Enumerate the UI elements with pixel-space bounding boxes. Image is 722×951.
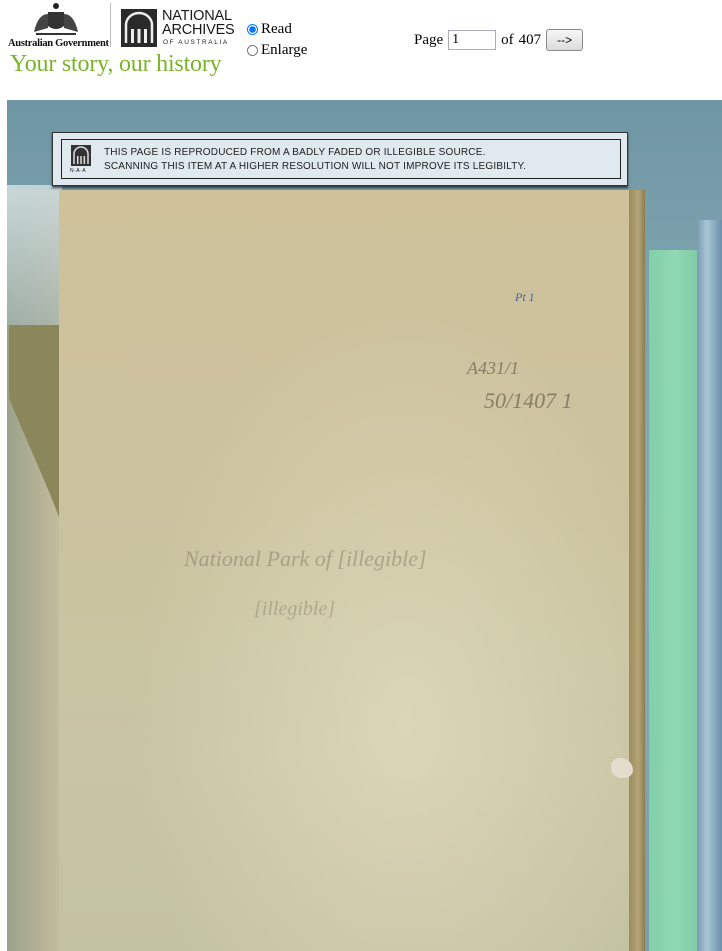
naa-subtitle: OF AUSTRALIA [163,39,229,46]
enlarge-label: Enlarge [261,42,307,59]
folder-cover: Pt 1 A431/1 50/1407 1 National Park of [… [59,190,637,951]
gov-logo-text: Australian Government [8,38,108,49]
page-label: Page [414,32,443,49]
tagline: Your story, our history [10,51,221,78]
notice-border: N·A·A THIS PAGE IS REPRODUCED FROM A BAD… [61,139,621,179]
plastic-sleeve-left [7,185,62,325]
folder-spine [629,190,645,951]
notice-line1: THIS PAGE IS REPRODUCED FROM A BADLY FAD… [104,146,526,160]
naa-name-line2: ARCHIVES [162,23,235,37]
logo-divider [110,3,111,47]
page-navigator: Page of 407 --> [414,29,583,51]
handwriting-part: Pt 1 [515,290,535,305]
total-pages: 407 [519,32,542,49]
handwriting-control-number: 50/1407 1 [484,388,573,414]
of-label: of [501,32,514,49]
naa-name-line1: NATIONAL [162,9,235,23]
naa-notice-emblem: N·A·A [70,145,92,175]
coat-of-arms-icon [30,2,82,36]
naa-name: NATIONAL ARCHIVES [162,9,235,37]
document-scan-image: Pt 1 A431/1 50/1407 1 National Park of [… [7,100,722,951]
illegible-source-notice: N·A·A THIS PAGE IS REPRODUCED FROM A BAD… [52,132,628,186]
read-radio[interactable] [247,24,258,35]
archives-building-icon [121,9,157,47]
page-number-input[interactable] [448,30,496,50]
archives-building-icon [71,145,91,166]
plastic-sleeve-right [697,220,722,951]
australian-government-logo[interactable]: Australian Government [8,2,104,50]
handwriting-title-line2: [illegible] [254,598,335,621]
enlarge-radio[interactable] [247,45,258,56]
page-header: Australian Government NATIONAL ARCHIVES … [0,0,722,100]
view-mode-enlarge[interactable]: Enlarge [245,40,307,61]
view-mode-read[interactable]: Read [245,19,307,40]
national-archives-logo[interactable]: NATIONAL ARCHIVES OF AUSTRALIA [121,9,239,49]
go-to-page-button[interactable]: --> [546,29,583,51]
handwriting-series: A431/1 [467,358,519,379]
emblem-label: N·A·A [70,168,86,174]
read-label: Read [261,21,292,38]
green-card-insert [649,250,701,951]
notice-line2: SCANNING THIS ITEM AT A HIGHER RESOLUTIO… [104,160,526,174]
view-mode-group: Read Enlarge [245,19,307,61]
handwriting-title-line1: National Park of [illegible] [184,546,427,572]
notice-text: THIS PAGE IS REPRODUCED FROM A BADLY FAD… [104,146,526,174]
